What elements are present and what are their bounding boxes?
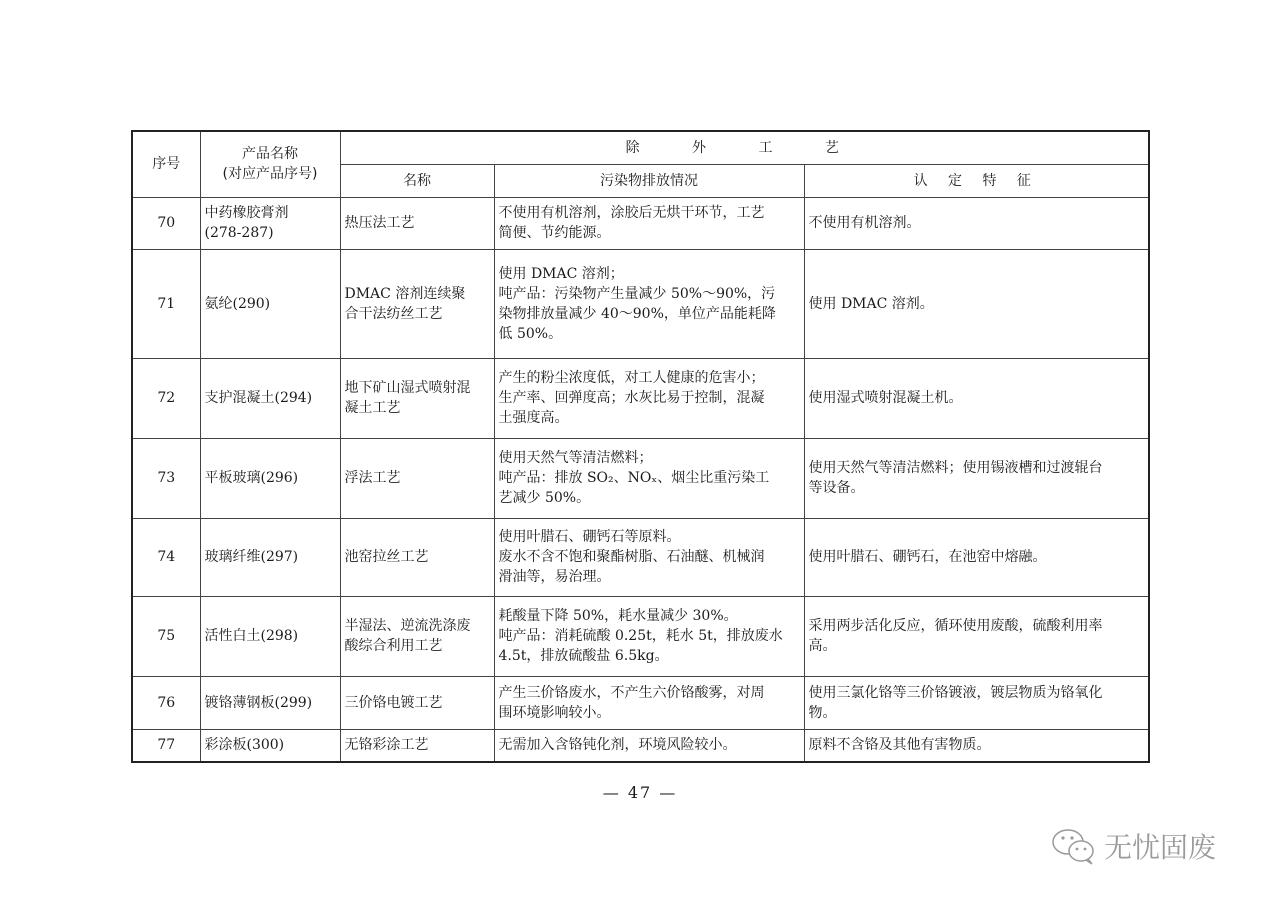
watermark-text: 无忧固废 bbox=[1104, 826, 1216, 866]
table-row: 70中药橡胶膏剂(278-287)热压法工艺不使用有机溶剂，涂胶后无烘干环节，工… bbox=[132, 197, 1149, 249]
product-name-line: (278-287) bbox=[205, 223, 336, 243]
process-name-line: 池窑拉丝工艺 bbox=[345, 547, 490, 567]
pollution-info-line: 简便、节约能源。 bbox=[499, 223, 800, 243]
pollution-info-line: 土强度高。 bbox=[499, 408, 800, 428]
identifying-features-line: 物。 bbox=[809, 703, 1145, 723]
pollution-info: 不使用有机溶剂，涂胶后无烘干环节，工艺简便、节约能源。 bbox=[494, 197, 804, 249]
header-process-name: 名称 bbox=[340, 164, 494, 197]
pollution-info-line: 染物排放量减少 40～90%，单位产品能耗降 bbox=[499, 304, 800, 324]
pollution-info: 使用天然气等清洁燃料；吨产品：排放 SO₂、NOₓ、烟尘比重污染工艺减少 50%… bbox=[494, 438, 804, 518]
identifying-features-line: 高。 bbox=[809, 636, 1145, 656]
process-name: 无铬彩涂工艺 bbox=[340, 729, 494, 762]
wechat-icon bbox=[1050, 826, 1098, 866]
process-name-line: 凝土工艺 bbox=[345, 398, 490, 418]
process-name: 浮法工艺 bbox=[340, 438, 494, 518]
pollution-info-line: 吨产品：消耗硫酸 0.25t，耗水 5t，排放废水 bbox=[499, 626, 800, 646]
product-name-line: 平板玻璃(296) bbox=[205, 468, 336, 488]
pollution-info: 使用 DMAC 溶剂；吨产品：污染物产生量减少 50%～90%，污染物排放量减少… bbox=[494, 249, 804, 358]
process-name: DMAC 溶剂连续聚合干法纺丝工艺 bbox=[340, 249, 494, 358]
product-name: 镀铬薄钢板(299) bbox=[200, 676, 340, 729]
identifying-features: 使用湿式喷射混凝土机。 bbox=[804, 358, 1149, 438]
process-name-line: DMAC 溶剂连续聚 bbox=[345, 284, 490, 304]
pollution-info: 无需加入含铬钝化剂，环境风险较小。 bbox=[494, 729, 804, 762]
identifying-features-line: 原料不含铬及其他有害物质。 bbox=[809, 735, 1145, 755]
process-name: 地下矿山湿式喷射混凝土工艺 bbox=[340, 358, 494, 438]
row-number: 73 bbox=[132, 438, 200, 518]
process-name: 池窑拉丝工艺 bbox=[340, 518, 494, 596]
identifying-features: 使用三氯化铬等三价铬镀液，镀层物质为铬氧化物。 bbox=[804, 676, 1149, 729]
pollution-info-line: 使用天然气等清洁燃料； bbox=[499, 448, 800, 468]
row-number: 77 bbox=[132, 729, 200, 762]
identifying-features-line: 采用两步活化反应，循环使用废酸，硫酸利用率 bbox=[809, 616, 1145, 636]
table-row: 75活性白土(298)半湿法、逆流洗涤废酸综合利用工艺耗酸量下降 50%，耗水量… bbox=[132, 596, 1149, 676]
identifying-features-line: 使用三氯化铬等三价铬镀液，镀层物质为铬氧化 bbox=[809, 683, 1145, 703]
identifying-features-line: 使用湿式喷射混凝土机。 bbox=[809, 388, 1145, 408]
identifying-features-line: 使用 DMAC 溶剂。 bbox=[809, 294, 1145, 314]
pollution-info-line: 吨产品：污染物产生量减少 50%～90%，污 bbox=[499, 284, 800, 304]
process-table: 序号 产品名称 (对应产品序号) 除 外 工 艺 名称 污染物排放情况 认 定 … bbox=[131, 130, 1150, 763]
product-name-line: 支护混凝土(294) bbox=[205, 388, 336, 408]
header-product-line2: (对应产品序号) bbox=[205, 164, 336, 184]
product-name: 彩涂板(300) bbox=[200, 729, 340, 762]
row-number: 75 bbox=[132, 596, 200, 676]
pollution-info-line: 吨产品：排放 SO₂、NOₓ、烟尘比重污染工 bbox=[499, 468, 800, 488]
process-name-line: 无铬彩涂工艺 bbox=[345, 735, 490, 755]
table-body: 70中药橡胶膏剂(278-287)热压法工艺不使用有机溶剂，涂胶后无烘干环节，工… bbox=[132, 197, 1149, 762]
pollution-info-line: 耗酸量下降 50%，耗水量减少 30%。 bbox=[499, 606, 800, 626]
process-name-line: 热压法工艺 bbox=[345, 213, 490, 233]
product-name-line: 玻璃纤维(297) bbox=[205, 547, 336, 567]
row-number: 72 bbox=[132, 358, 200, 438]
row-number: 76 bbox=[132, 676, 200, 729]
identifying-features-line: 不使用有机溶剂。 bbox=[809, 213, 1145, 233]
header-product: 产品名称 (对应产品序号) bbox=[200, 131, 340, 197]
pollution-info-line: 不使用有机溶剂，涂胶后无烘干环节，工艺 bbox=[499, 203, 800, 223]
product-name-line: 氨纶(290) bbox=[205, 294, 336, 314]
pollution-info-line: 低 50%。 bbox=[499, 324, 800, 344]
identifying-features: 使用天然气等清洁燃料；使用锡液槽和过渡辊台等设备。 bbox=[804, 438, 1149, 518]
pollution-info: 耗酸量下降 50%，耗水量减少 30%。吨产品：消耗硫酸 0.25t，耗水 5t… bbox=[494, 596, 804, 676]
pollution-info: 产生三价铬废水，不产生六价铬酸雾，对周围环境影响较小。 bbox=[494, 676, 804, 729]
row-number: 71 bbox=[132, 249, 200, 358]
pollution-info: 使用叶腊石、硼钙石等原料。废水不含不饱和聚酯树脂、石油醚、机械润滑油等，易治理。 bbox=[494, 518, 804, 596]
pollution-info-line: 围环境影响较小。 bbox=[499, 703, 800, 723]
header-no: 序号 bbox=[132, 131, 200, 197]
identifying-features-line: 使用天然气等清洁燃料；使用锡液槽和过渡辊台 bbox=[809, 458, 1145, 478]
row-number: 70 bbox=[132, 197, 200, 249]
product-name-line: 中药橡胶膏剂 bbox=[205, 203, 336, 223]
pollution-info-line: 艺减少 50%。 bbox=[499, 488, 800, 508]
product-name: 氨纶(290) bbox=[200, 249, 340, 358]
process-name-line: 合干法纺丝工艺 bbox=[345, 304, 490, 324]
header-pollution: 污染物排放情况 bbox=[494, 164, 804, 197]
pollution-info-line: 无需加入含铬钝化剂，环境风险较小。 bbox=[499, 735, 800, 755]
pollution-info-line: 4.5t，排放硫酸盐 6.5kg。 bbox=[499, 646, 800, 666]
row-number: 74 bbox=[132, 518, 200, 596]
product-name-line: 彩涂板(300) bbox=[205, 735, 336, 755]
identifying-features: 使用叶腊石、硼钙石，在池窑中熔融。 bbox=[804, 518, 1149, 596]
process-name-line: 半湿法、逆流洗涤废 bbox=[345, 616, 490, 636]
header-product-line1: 产品名称 bbox=[205, 144, 336, 164]
product-name: 中药橡胶膏剂(278-287) bbox=[200, 197, 340, 249]
header-features: 认 定 特 征 bbox=[804, 164, 1149, 197]
table-row: 74玻璃纤维(297)池窑拉丝工艺使用叶腊石、硼钙石等原料。废水不含不饱和聚酯树… bbox=[132, 518, 1149, 596]
pollution-info-line: 使用 DMAC 溶剂； bbox=[499, 264, 800, 284]
page-number: — 47 — bbox=[0, 783, 1280, 802]
pollution-info: 产生的粉尘浓度低，对工人健康的危害小；生产率、回弹度高；水灰比易于控制，混凝土强… bbox=[494, 358, 804, 438]
product-name: 平板玻璃(296) bbox=[200, 438, 340, 518]
product-name: 玻璃纤维(297) bbox=[200, 518, 340, 596]
pollution-info-line: 产生的粉尘浓度低，对工人健康的危害小； bbox=[499, 368, 800, 388]
identifying-features-line: 等设备。 bbox=[809, 478, 1145, 498]
identifying-features: 使用 DMAC 溶剂。 bbox=[804, 249, 1149, 358]
product-name: 支护混凝土(294) bbox=[200, 358, 340, 438]
process-name: 热压法工艺 bbox=[340, 197, 494, 249]
process-name-line: 地下矿山湿式喷射混 bbox=[345, 378, 490, 398]
process-name: 半湿法、逆流洗涤废酸综合利用工艺 bbox=[340, 596, 494, 676]
product-name: 活性白土(298) bbox=[200, 596, 340, 676]
process-name-line: 浮法工艺 bbox=[345, 468, 490, 488]
process-name-line: 三价铬电镀工艺 bbox=[345, 693, 490, 713]
header-excluded-process: 除 外 工 艺 bbox=[340, 131, 1149, 164]
process-name-line: 酸综合利用工艺 bbox=[345, 636, 490, 656]
pollution-info-line: 使用叶腊石、硼钙石等原料。 bbox=[499, 527, 800, 547]
table-row: 73平板玻璃(296)浮法工艺使用天然气等清洁燃料；吨产品：排放 SO₂、NOₓ… bbox=[132, 438, 1149, 518]
pollution-info-line: 滑油等，易治理。 bbox=[499, 567, 800, 587]
product-name-line: 活性白土(298) bbox=[205, 626, 336, 646]
table-row: 77彩涂板(300)无铬彩涂工艺无需加入含铬钝化剂，环境风险较小。原料不含铬及其… bbox=[132, 729, 1149, 762]
watermark: 无忧固废 bbox=[1050, 826, 1216, 866]
pollution-info-line: 生产率、回弹度高；水灰比易于控制，混凝 bbox=[499, 388, 800, 408]
identifying-features-line: 使用叶腊石、硼钙石，在池窑中熔融。 bbox=[809, 547, 1145, 567]
process-name: 三价铬电镀工艺 bbox=[340, 676, 494, 729]
pollution-info-line: 产生三价铬废水，不产生六价铬酸雾，对周 bbox=[499, 683, 800, 703]
identifying-features: 采用两步活化反应，循环使用废酸，硫酸利用率高。 bbox=[804, 596, 1149, 676]
pollution-info-line: 废水不含不饱和聚酯树脂、石油醚、机械润 bbox=[499, 547, 800, 567]
table-row: 72支护混凝土(294)地下矿山湿式喷射混凝土工艺产生的粉尘浓度低，对工人健康的… bbox=[132, 358, 1149, 438]
product-name-line: 镀铬薄钢板(299) bbox=[205, 693, 336, 713]
identifying-features: 原料不含铬及其他有害物质。 bbox=[804, 729, 1149, 762]
table-row: 71氨纶(290)DMAC 溶剂连续聚合干法纺丝工艺使用 DMAC 溶剂；吨产品… bbox=[132, 249, 1149, 358]
table-row: 76镀铬薄钢板(299)三价铬电镀工艺产生三价铬废水，不产生六价铬酸雾，对周围环… bbox=[132, 676, 1149, 729]
identifying-features: 不使用有机溶剂。 bbox=[804, 197, 1149, 249]
